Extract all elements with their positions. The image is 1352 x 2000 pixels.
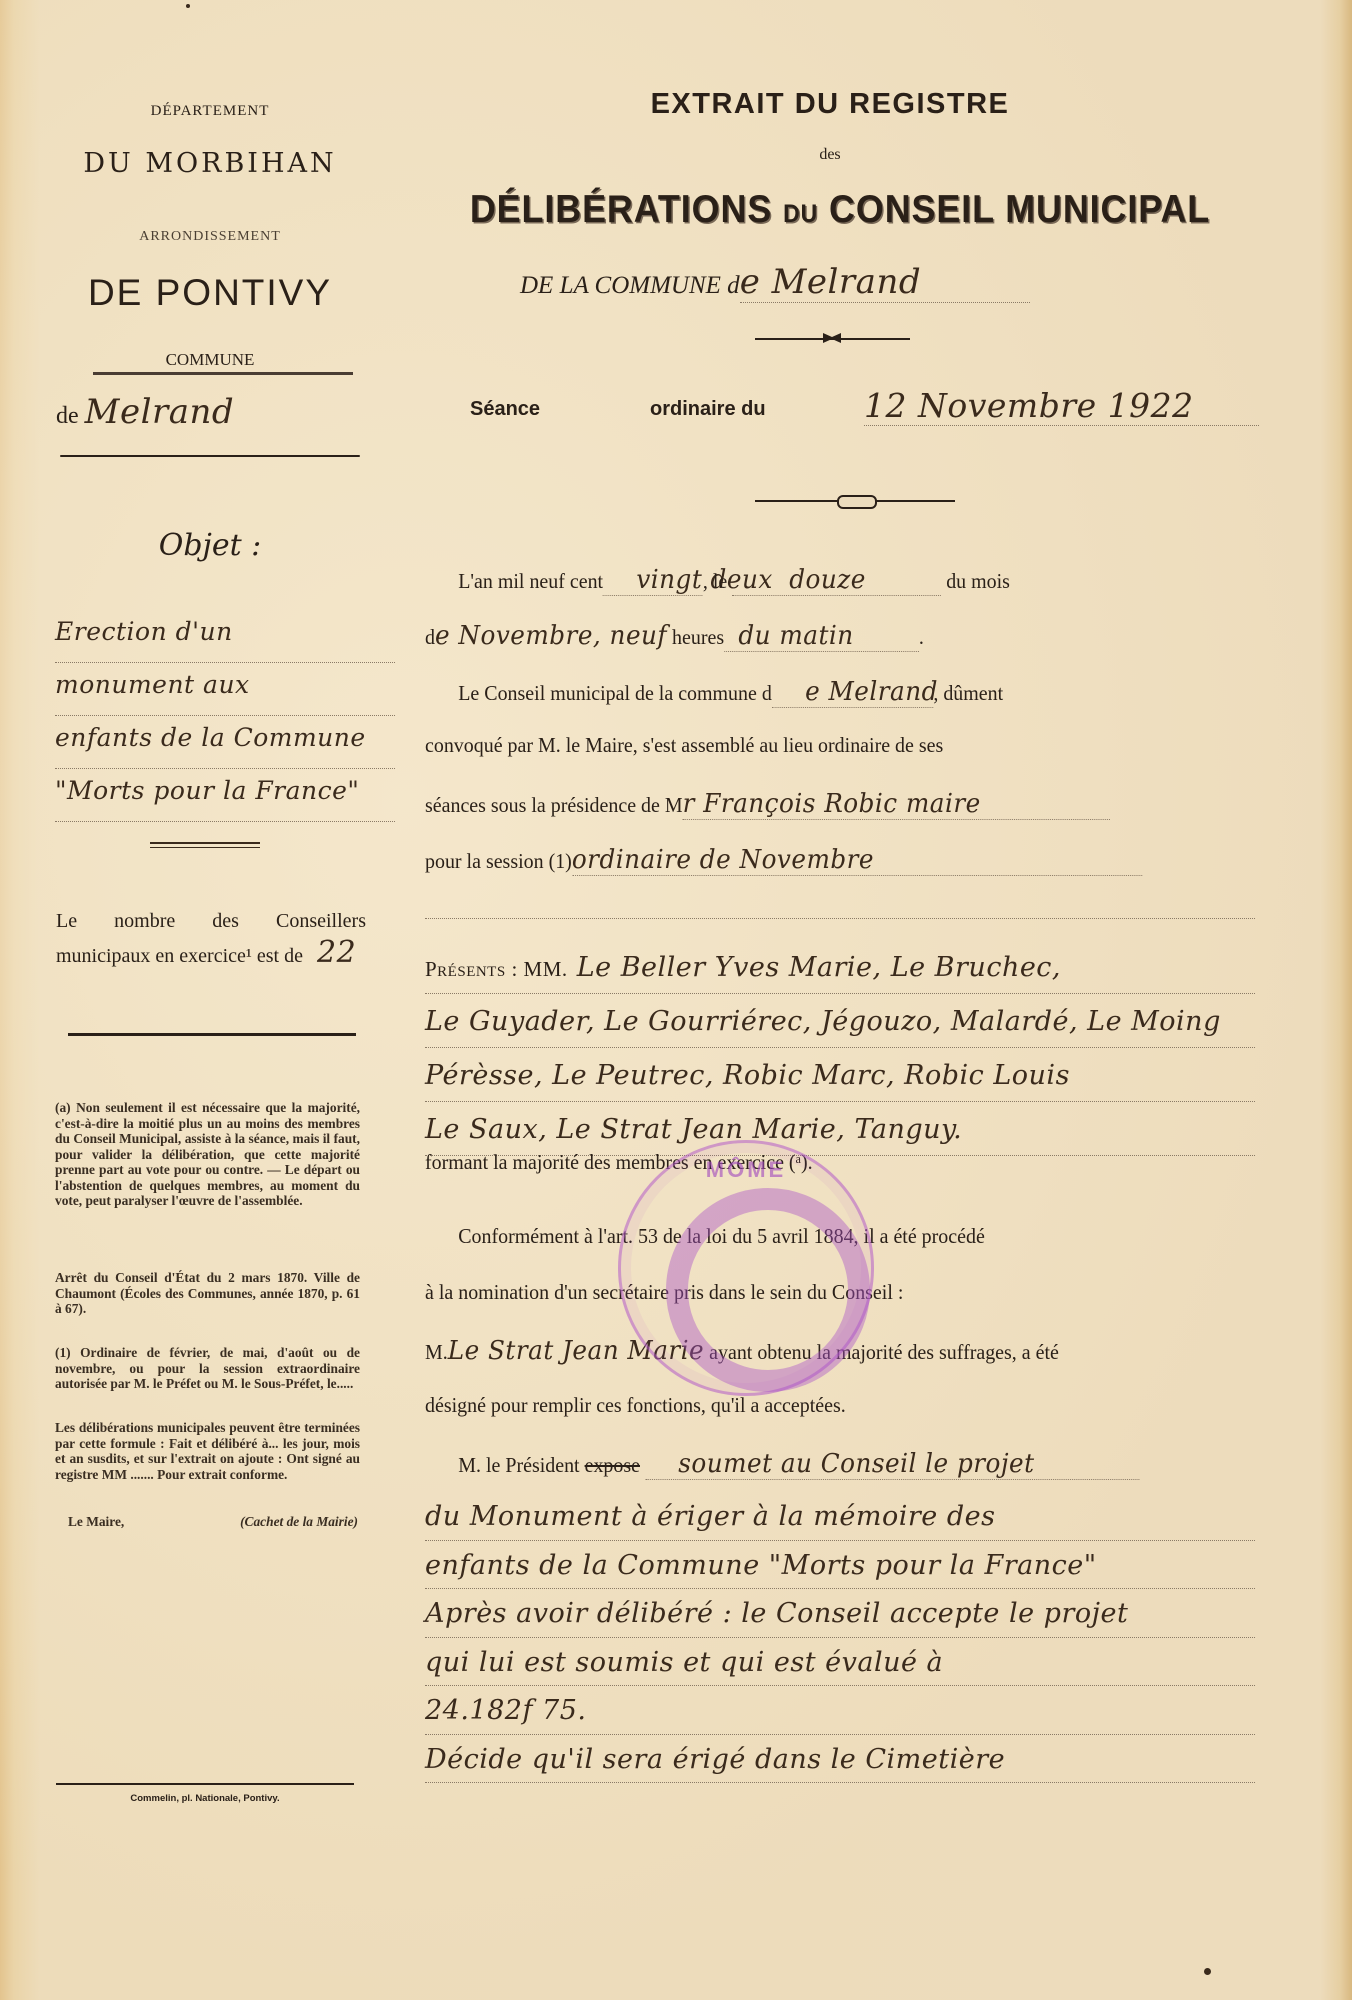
secretaire-suffix: ayant obtenu la majorité des suffrages, … [709, 1340, 1059, 1364]
du-mois-label: du mois [946, 569, 1010, 593]
line-formant: formant la majorité des membres en exerc… [425, 1150, 1209, 1175]
conseil-commune: e Melrand [772, 677, 934, 708]
line-nomination: à la nomination d'un secrétaire pris dan… [425, 1280, 1209, 1305]
presents-line: Pérèsse, Le Peutrec, Robic Marc, Robic L… [425, 1048, 1255, 1102]
title-du: DU [783, 200, 818, 228]
commune-name-handwritten: Melrand [85, 392, 235, 432]
note-1: (1) Ordinaire de février, de mai, d'août… [55, 1345, 360, 1392]
delib-first: soumet au Conseil le projet [645, 1449, 1139, 1480]
de-label: d [425, 625, 435, 649]
seance-label: Séance [470, 398, 540, 421]
section-separator [425, 918, 1255, 919]
secretaire-name: Le Strat Jean Marie [448, 1336, 704, 1366]
presents-label: Présents : MM. [425, 957, 568, 981]
note-signature: Le Maire, (Cachet de la Mairie) [68, 1514, 358, 1530]
an-prefix: L'an mil neuf cent [458, 569, 603, 593]
president-label: M. le Président [458, 1453, 579, 1477]
line-secretaire: M.Le Strat Jean Marie ayant obtenu la ma… [425, 1336, 1209, 1366]
delib-line: qui lui est soumis et qui est évalué à [425, 1638, 1255, 1687]
seance-date: 12 Novembre 1922 [864, 386, 1259, 426]
line-presidence: séances sous la présidence de Mr Françoi… [425, 789, 1209, 820]
delib-line: Décide qu'il sera érigé dans le Cimetièr… [425, 1735, 1255, 1784]
footer-rule [56, 1783, 354, 1785]
presents-list: Présents : MM. Le Beller Yves Marie, Le … [425, 940, 1255, 1156]
nombre-value: 22 [317, 935, 356, 970]
printer-imprint: Commelin, pl. Nationale, Pontivy. [56, 1793, 354, 1804]
note-a: (a) Non seulement il est nécessaire que … [55, 1100, 360, 1209]
line-president: M. le Président expose soumet au Conseil… [425, 1449, 1209, 1480]
title-deliberations-word: DÉLIBÉRATIONS [470, 188, 772, 231]
delib-line: enfants de la Commune "Morts pour la Fra… [425, 1541, 1255, 1590]
title-extrait: EXTRAIT DU REGISTRE [470, 88, 1190, 121]
title-des: des [470, 146, 1190, 164]
line-designe: désigné pour remplir ces fonctions, qu'i… [425, 1393, 1209, 1418]
presents-line: Le Guyader, Le Gourriérec, Jégouzo, Mala… [425, 994, 1255, 1048]
session-prefix: pour la session (1) [425, 849, 572, 873]
ordinaire-label: ordinaire du [650, 398, 766, 421]
presents-line: Présents : MM. Le Beller Yves Marie, Le … [425, 940, 1255, 994]
presents-names: Le Beller Yves Marie, Le Bruchec, [577, 952, 1061, 983]
seances-prefix: séances sous la présidence de M [425, 793, 683, 817]
nombre-rule [68, 1033, 356, 1036]
departement-label: DÉPARTEMENT [55, 103, 365, 120]
conseil-suffix: , dûment [933, 681, 1003, 705]
objet-line: Erection d'un [55, 610, 395, 663]
ornament-divider [150, 842, 260, 848]
heures-label: heures [672, 625, 724, 649]
commune-field: deMelrand [56, 392, 234, 432]
expose-struck: expose [585, 1453, 640, 1477]
objet-line: monument aux [55, 663, 395, 716]
line-date: L'an mil neuf centvingt deux, le douze d… [425, 565, 1209, 596]
session-value: ordinaire de Novembre [572, 845, 1142, 876]
ornament-divider [755, 338, 910, 340]
header-commune-name: e Melrand [740, 262, 1030, 303]
nombre-conseillers: Le nombre des Conseillers municipaux en … [56, 905, 366, 972]
delib-line: du Monument à ériger à la mémoire des [425, 1492, 1255, 1541]
secretaire-prefix: M. [425, 1340, 448, 1364]
heure-value: du matin [724, 621, 919, 652]
commune-prefix: de [56, 403, 79, 429]
note-deliberations: Les délibérations municipales peuvent êt… [55, 1420, 360, 1482]
objet-label: Objet : [60, 528, 360, 563]
arrondissement-name: DE PONTIVY [60, 272, 360, 314]
commune-label: COMMUNE [60, 350, 360, 370]
paper-speck [186, 4, 190, 8]
line-conformement: Conformément à l'art. 53 de la loi du 5 … [425, 1224, 1209, 1249]
ornament-divider [755, 500, 955, 502]
arrondissement-label: ARRONDISSEMENT [55, 229, 365, 245]
deliberation-text: du Monument à ériger à la mémoire des en… [425, 1492, 1255, 1783]
conseil-prefix: Le Conseil municipal de la commune d [458, 681, 772, 705]
divider-rule [60, 455, 360, 457]
mois-value: e Novembre, neuf [435, 621, 667, 651]
objet-text: Erection d'un monument aux enfants de la… [55, 610, 395, 822]
note-arret: Arrêt du Conseil d'État du 2 mars 1870. … [55, 1270, 360, 1317]
objet-line: enfants de la Commune [55, 716, 395, 769]
cachet-label: (Cachet de la Mairie) [240, 1514, 358, 1530]
departement-name: DU MORBIHAN [50, 148, 370, 179]
commune-strike-line [93, 372, 353, 375]
title-deliberations: DÉLIBÉRATIONS DU CONSEIL MUNICIPAL [454, 188, 1227, 232]
objet-line: "Morts pour la France" [55, 769, 395, 822]
presents-line: Le Saux, Le Strat Jean Marie, Tanguy. [425, 1102, 1255, 1156]
an-value: vingt deux [603, 565, 703, 596]
president-name: r François Robic maire [683, 789, 1111, 820]
line-conseil: Le Conseil municipal de la commune de Me… [425, 677, 1209, 708]
header-commune: DE LA COMMUNE de Melrand [520, 262, 1030, 303]
le-maire-label: Le Maire, [68, 1514, 124, 1530]
paper-speck [1204, 1968, 1211, 1975]
le-label: , le [703, 569, 727, 593]
delib-line: 24.182f 75. [425, 1686, 1255, 1735]
line-convoque: convoqué par M. le Maire, s'est assemblé… [425, 733, 1209, 758]
title-conseil: CONSEIL MUNICIPAL [829, 188, 1210, 231]
line-month: de Novembre, neuf heuresdu matin. [425, 621, 1209, 652]
header-commune-label: DE LA COMMUNE d [520, 272, 740, 299]
delib-line: Après avoir délibéré : le Conseil accept… [425, 1589, 1255, 1638]
line-session: pour la session (1)ordinaire de Novembre [425, 845, 1209, 876]
jour-value: douze [732, 565, 941, 596]
